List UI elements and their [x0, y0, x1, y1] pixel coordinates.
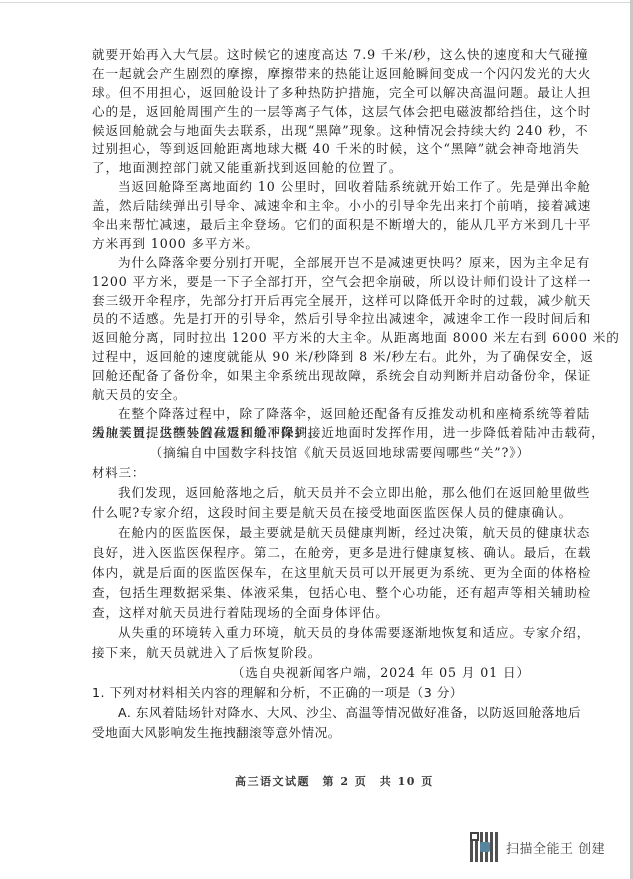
- material-two-body: 就要开始再入大气层。这时候它的速度高达 7.9 千米/秒，这么快的速度和大气碰撞…: [92, 46, 538, 443]
- text-line: 什么呢?专家介绍，这段时间主要是航天员在接受地面医监医保人员的健康确认。: [92, 503, 538, 523]
- question-stem: 1. 下列对材料相关内容的理解和分析，不正确的一项是（3 分）: [92, 683, 538, 703]
- qr-code-icon: [470, 832, 500, 862]
- text-line: 球。但不用担心，返回舱设计了多种热防护措施，完全可以解决高温问题。最让人担: [92, 84, 538, 103]
- text-line: 在一起就会产生剧烈的摩擦，摩擦带来的热能让返回舱瞬间变成一个闪闪发光的大火: [92, 65, 538, 84]
- text-line: 为航天员提供额外的减震和缓冲保护。: [92, 423, 538, 443]
- section-heading: 材料三：: [92, 463, 538, 483]
- text-line: 航天员的安全。: [92, 386, 538, 405]
- text-line: 在舱内的医监医保，最主要就是航天员健康判断，经过决策，航天员的健康状态: [92, 523, 538, 543]
- material-three-and-questions: 为航天员提供额外的减震和缓冲保护。（摘编自中国数字科技馆《航天员返回地球需要闯哪…: [92, 423, 538, 743]
- text-line: 查，这样对航天员进行着陆现场的全面身体评估。: [92, 603, 538, 623]
- text-line: 我们发现，返回舱落地之后，航天员并不会立即出舱，那么他们在返回舱里做些: [92, 483, 538, 503]
- text-line: 心的是，返回舱周围产生的一层等离子气体，这层气体会把电磁波都给挡住，这个时: [92, 103, 538, 122]
- text-line: 盖，然后陆续弹出引导伞、减速伞和主伞。小小的引导伞先出来打个前哨，接着减速: [92, 197, 538, 216]
- text-line: 在整个降落过程中，除了降落伞，返回舱还配备有反推发动机和座椅系统等着陆: [92, 405, 538, 424]
- text-line: 过别担心，等到返回舱距离地球大概 40 千米的时候，这个“黑障”就会神奇地消失: [92, 140, 538, 159]
- answer-option: A. 东风着陆场针对降水、大风、沙尘、高温等情况做好准备，以防返回舱落地后: [92, 703, 538, 723]
- text-line: 查，包括生理数据采集、体液采集，包括心电、整个心功能，还有超声等相关辅助检: [92, 583, 538, 603]
- camscanner-watermark: 扫描全能王 创建: [470, 832, 605, 862]
- text-line: 良好，进入医监医保程序。第二，在舱旁，更多是进行健康复核、确认。最后，在载: [92, 543, 538, 563]
- text-line: 体内，就是后面的医监医保车，在这里航天员可以开展更为系统、更为全面的体格检: [92, 563, 538, 583]
- source-citation: （选自央视新闻客户端，2024 年 05 月 01 日）: [92, 663, 538, 683]
- text-line: 方米再到 1000 多平方米。: [92, 235, 538, 254]
- text-line: 为什么降落伞要分别打开呢，全部展开岂不是减速更快吗？原来，因为主伞足有: [92, 254, 538, 273]
- answer-option: 受地面大风影响发生拖拽翻滚等意外情况。: [92, 723, 538, 743]
- page-footer: 高三语文试题 第 2 页 共 10 页: [235, 773, 434, 789]
- watermark-text: 扫描全能王 创建: [506, 838, 605, 857]
- text-line: 1200 平方米，要是一下子全部打开，空气会把伞崩破，所以设计师们设计了这样一: [92, 273, 538, 292]
- text-line: 伞出来帮忙减速，最后主伞登场。它们的面积是不断增大的，能从几平方米到几十平: [92, 216, 538, 235]
- text-line: 就要开始再入大气层。这时候它的速度高达 7.9 千米/秒，这么快的速度和大气碰撞: [92, 46, 538, 65]
- text-line: 候返回舱就会与地面失去联系，出现“黑障”现象。这种情况会持续大约 240 秒，不: [92, 122, 538, 141]
- source-citation: （摘编自中国数字科技馆《航天员返回地球需要闯哪些“关”?》）: [92, 443, 538, 463]
- text-line: 了，地面测控部门就又能重新找到返回舱的位置了。: [92, 159, 538, 178]
- text-line: 员的不适感。先是打开的引导伞，然后引导伞拉出减速伞，减速伞工作一段时间后和: [92, 310, 538, 329]
- text-line: 当返回舱降至离地面约 10 公里时，回收着陆系统就开始工作了。先是弹出伞舱: [92, 178, 538, 197]
- text-line: 从失重的环境转入重力环境，航天员的身体需要逐渐地恢复和适应。专家介绍，: [92, 623, 538, 643]
- text-line: 过程中，返回舱的速度就能从 90 米/秒降到 8 米/秒左右。此外，为了确保安全…: [92, 348, 538, 367]
- text-line: 回舱还配备了备份伞，如果主伞系统出现故障，系统会自动判断并启动备份伞，保证: [92, 367, 538, 386]
- text-line: 接下来，航天员就进入了后恢复阶段。: [92, 643, 538, 663]
- text-line: 套三级开伞程序，先部分打开后再完全展开，这样可以降低开伞时的过载，减少航天: [92, 292, 538, 311]
- top-border: [0, 2, 630, 3]
- text-line: 返回舱分离，同时拉出 1200 平方米的大主伞。从距离地面 8000 米左右到 …: [92, 329, 538, 348]
